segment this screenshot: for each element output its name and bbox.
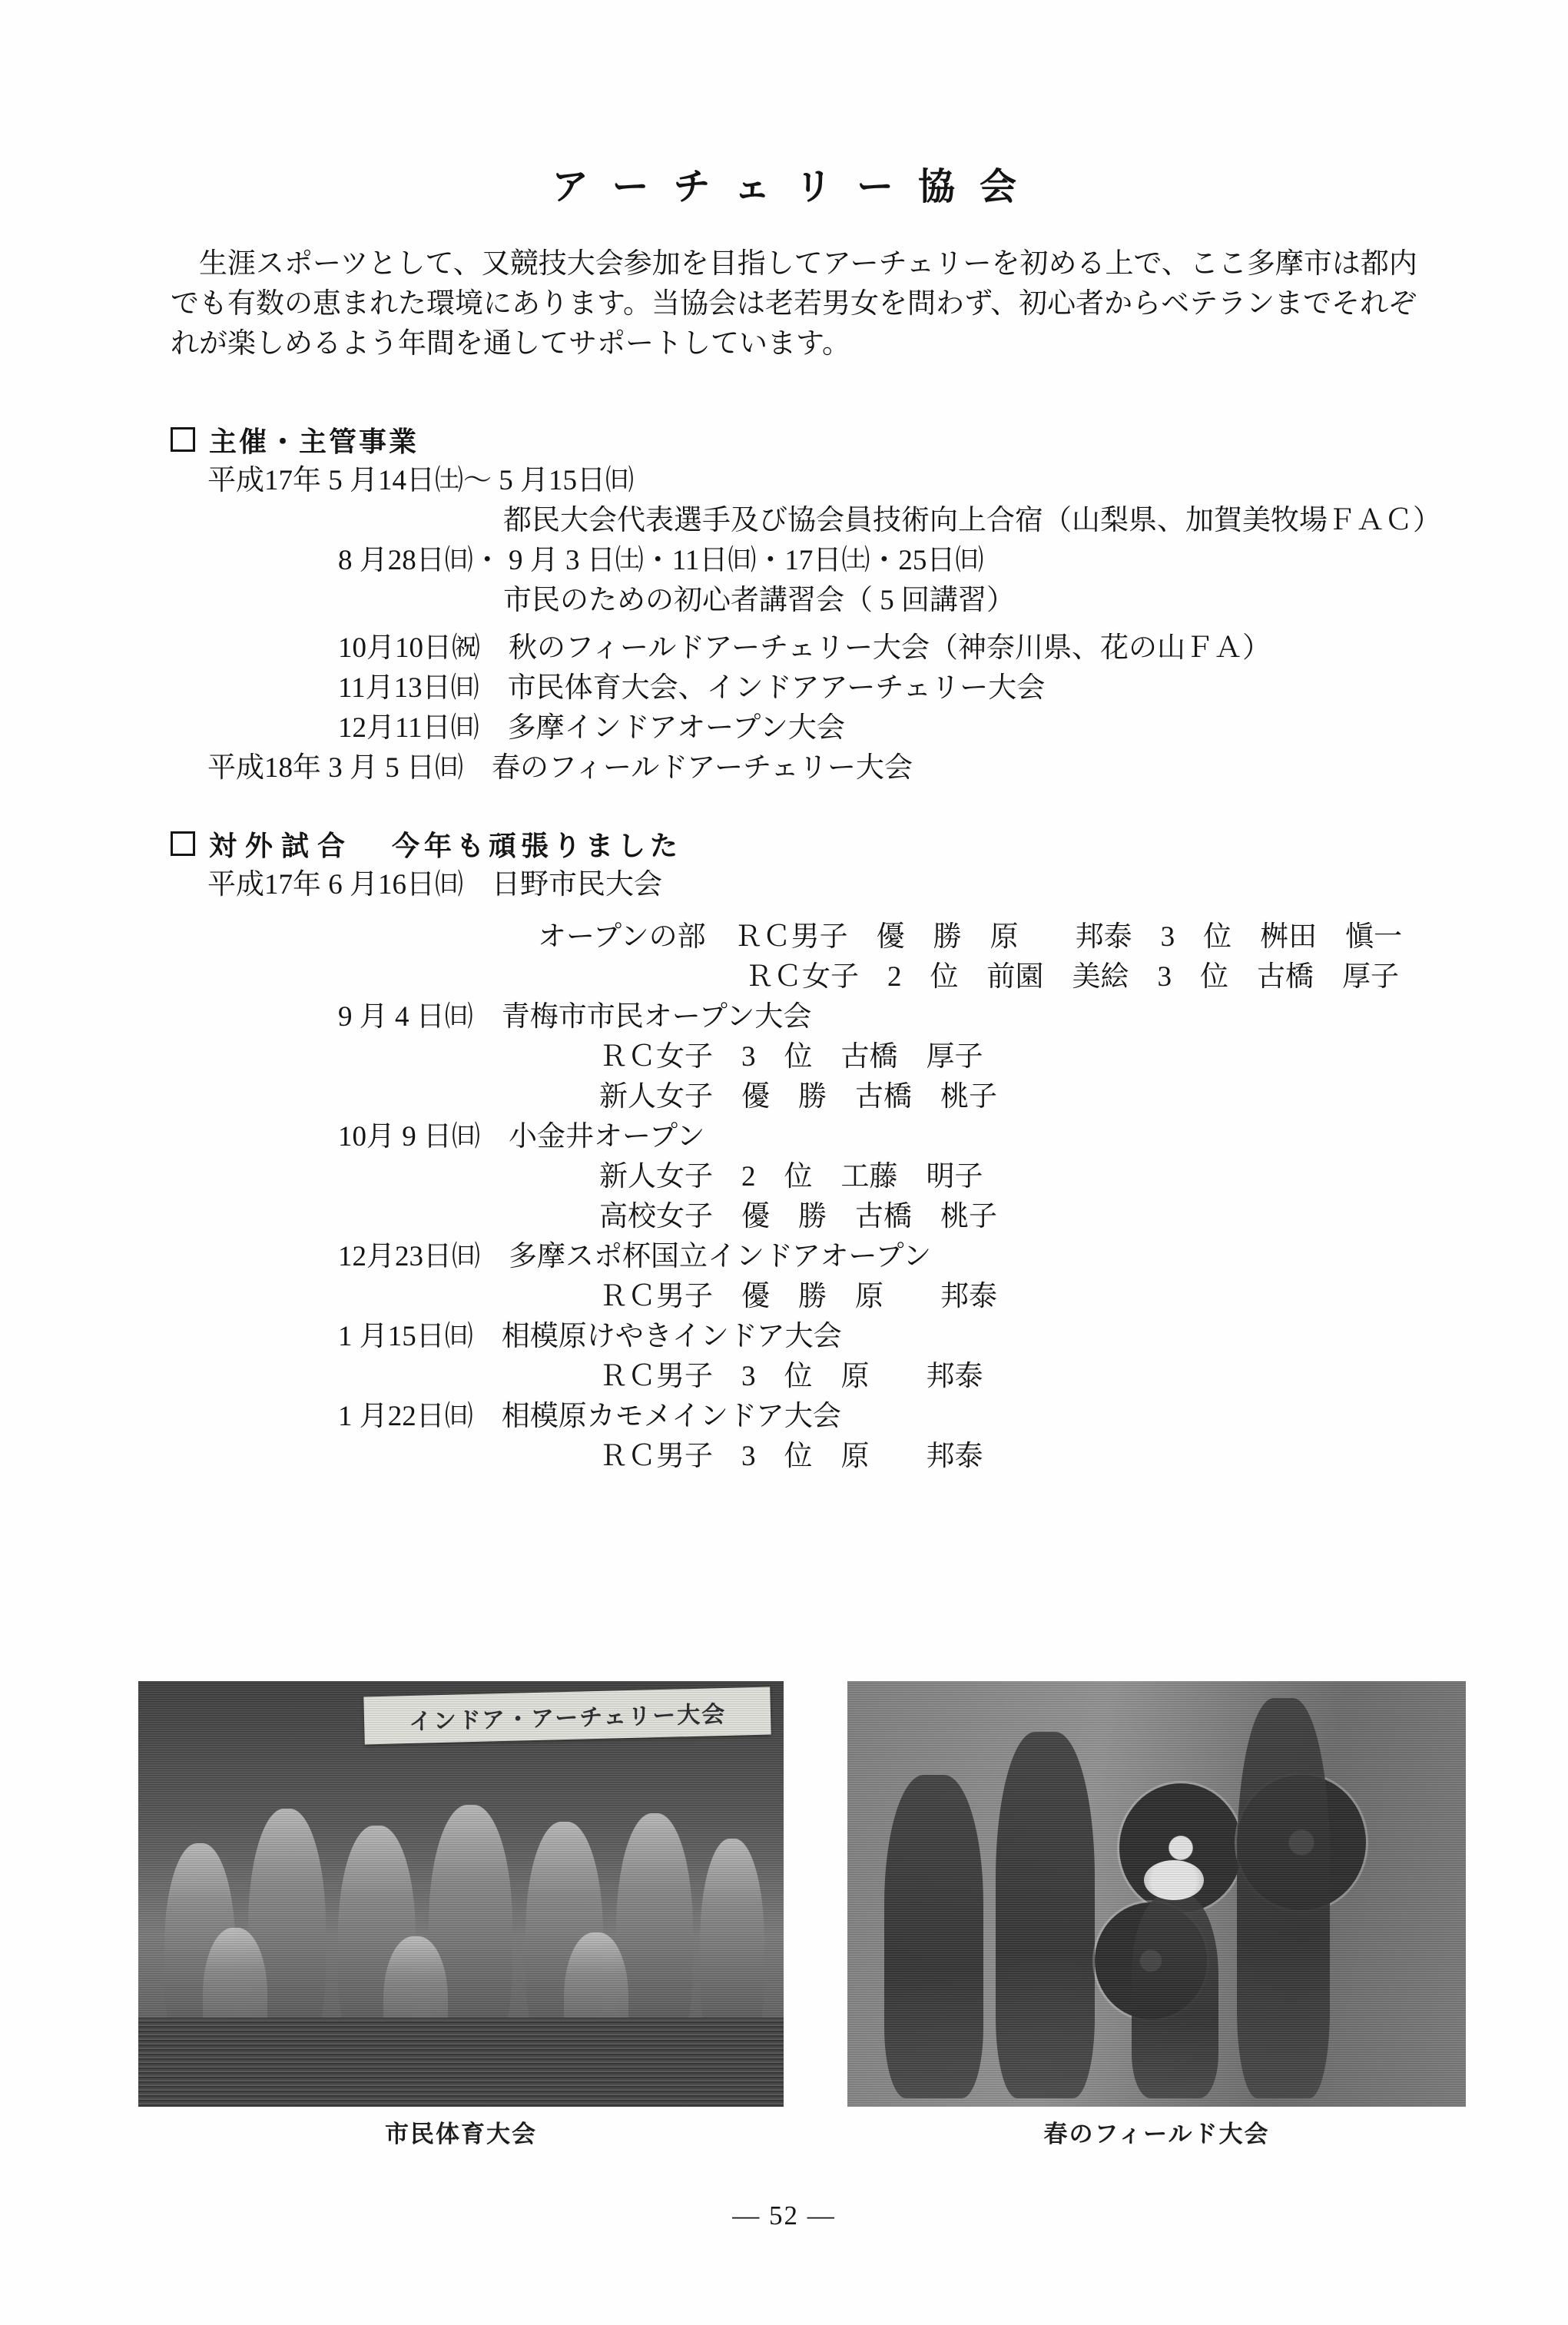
event-line: 都民大会代表選手及び協会員技術向上合宿（山梨県、加賀美牧場ＦＡＣ） xyxy=(0,501,1568,541)
event-line: 12月11日㈰ 多摩インドアオープン大会 xyxy=(0,708,1568,748)
result-line: 新人女子 2 位 工藤 明子 xyxy=(0,1157,1568,1197)
section-external-matches: 対外試合今年も頑張りました 平成17年 6 月16日㈰ 日野市民大会 オープンの… xyxy=(0,827,1568,1477)
match-line: 1 月22日㈰ 相模原カモメインドア大会 xyxy=(0,1397,1568,1437)
photo-figure xyxy=(1237,1698,1330,2098)
photo-civic-games: インドア・アーチェリー大会 xyxy=(138,1681,784,2107)
section-heading: 対外試合 xyxy=(209,830,353,861)
photo-caption: 春のフィールド大会 xyxy=(847,2114,1466,2149)
match-line: 12月23日㈰ 多摩スポ杯国立インドアオープン xyxy=(0,1237,1568,1277)
photo-figure xyxy=(996,1732,1095,2098)
result-line: 新人女子 優 勝 古橋 桃子 xyxy=(0,1077,1568,1117)
result-line: オープンの部 ＲＣ男子 優 勝 原 邦泰 3 位 桝田 愼一 xyxy=(0,917,1568,957)
photo-banner: インドア・アーチェリー大会 xyxy=(363,1687,771,1745)
event-line: 11月13日㈰ 市民体育大会、インドアアーチェリー大会 xyxy=(0,668,1568,708)
section-marker-square xyxy=(171,831,195,856)
photo-figure-hat xyxy=(1144,1860,1204,1900)
event-line: 平成17年 5 月14日㈯～ 5 月15日㈰ xyxy=(0,461,1568,501)
match-line: 10月 9 日㈰ 小金井オープン xyxy=(0,1117,1568,1157)
intro-line: 生涯スポーツとして、又競技大会参加を目指してアーチェリーを初める上で、ここ多摩市… xyxy=(171,244,1417,284)
event-line: 平成18年 3 月 5 日㈰ 春のフィールドアーチェリー大会 xyxy=(0,748,1568,788)
match-line: 1 月15日㈰ 相模原けやきインドア大会 xyxy=(0,1317,1568,1357)
result-line: ＲＣ男子 3 位 原 邦泰 xyxy=(0,1437,1568,1477)
section-header: 主催・主管事業 xyxy=(0,423,1568,461)
result-line: ＲＣ男子 3 位 原 邦泰 xyxy=(0,1357,1568,1397)
photo-field-tournament xyxy=(847,1681,1466,2107)
document-page: アーチェリー協会 生涯スポーツとして、又競技大会参加を目指してアーチェリーを初め… xyxy=(0,0,1568,2325)
section-marker-square xyxy=(171,427,195,452)
event-line: 8 月28日㈰・ 9 月 3 日㈯・11日㈰・17日㈯・25日㈰ xyxy=(0,541,1568,581)
intro-paragraph: 生涯スポーツとして、又競技大会参加を目指してアーチェリーを初める上で、ここ多摩市… xyxy=(171,244,1417,364)
page-title: アーチェリー協会 xyxy=(0,157,1568,210)
match-line: 9 月 4 日㈰ 青梅市市民オープン大会 xyxy=(0,997,1568,1037)
page-number: — 52 — xyxy=(0,2201,1568,2231)
section-hosted-events: 主催・主管事業 平成17年 5 月14日㈯～ 5 月15日㈰ 都民大会代表選手及… xyxy=(0,423,1568,788)
photo-caption: 市民体育大会 xyxy=(138,2114,784,2149)
photo-figure xyxy=(884,1775,983,2098)
photo-floor xyxy=(138,2018,784,2107)
section-subheading: 今年も頑張りました xyxy=(392,831,682,861)
match-line: 平成17年 6 月16日㈰ 日野市民大会 xyxy=(0,865,1568,905)
intro-line: れが楽しめるよう年間を通してサポートしています。 xyxy=(171,324,1417,364)
result-line: 高校女子 優 勝 古橋 桃子 xyxy=(0,1197,1568,1237)
intro-line: でも有数の恵まれた環境にあります。当協会は老若男女を問わず、初心者からベテランま… xyxy=(171,284,1417,324)
section-header: 対外試合今年も頑張りました xyxy=(0,827,1568,865)
result-line: ＲＣ女子 2 位 前園 美絵 3 位 古橋 厚子 xyxy=(0,957,1568,997)
photo-figure xyxy=(1132,1894,1218,2098)
event-line: 10月10日㈷ 秋のフィールドアーチェリー大会（神奈川県、花の山ＦＡ） xyxy=(0,629,1568,668)
section-heading: 主催・主管事業 xyxy=(209,426,419,457)
result-line: ＲＣ男子 優 勝 原 邦泰 xyxy=(0,1277,1568,1317)
result-line: ＲＣ女子 3 位 古橋 厚子 xyxy=(0,1037,1568,1077)
event-line: 市民のための初心者講習会（ 5 回講習） xyxy=(0,581,1568,621)
